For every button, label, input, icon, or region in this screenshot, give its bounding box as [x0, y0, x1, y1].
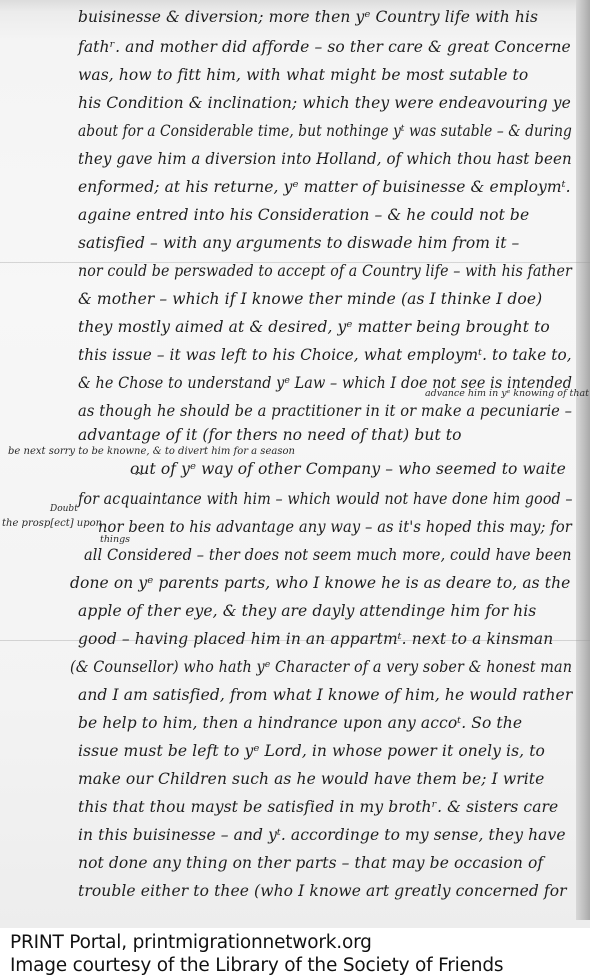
interlinear-insertion: advance him in yᵉ knowing of that: [425, 388, 589, 399]
caption-credit: Image courtesy of the Library of the Soc…: [10, 955, 503, 976]
letter-line-8: againe entred into his Consideration – &…: [78, 206, 529, 224]
letter-line-4: his Condition & inclination; which they …: [78, 94, 571, 112]
letter-line-11: & mother – which if I knowe ther minde (…: [78, 290, 542, 308]
letter-line-32: trouble either to thee (who I knowe art …: [78, 882, 567, 900]
interlinear-insertion: things: [100, 534, 130, 545]
letter-line-15: as though he should be a practitioner in…: [78, 402, 572, 420]
letter-line-31: not done any thing on ther parts – that …: [78, 854, 543, 872]
letter-line-6: they gave him a diversion into Holland, …: [78, 150, 572, 168]
margin-note: Doubt: [50, 504, 78, 514]
manuscript-page: buisinesse & diversion; more then yᵉ Cou…: [0, 0, 590, 928]
letter-line-2: fathʳ. and mother did afforde – so ther …: [78, 38, 571, 56]
letter-line-29: this that thou mayst be satisfied in my …: [78, 798, 558, 816]
letter-line-12: they mostly aimed at & desired, yᵉ matte…: [78, 318, 550, 336]
letter-line-30: in this buisinesse – and yᵗ. accordinge …: [78, 826, 566, 844]
letter-line-5: about for a Considerable time, but nothi…: [78, 122, 572, 140]
letter-line-21: done on yᵉ parents parts, who I knowe he…: [70, 574, 570, 592]
letter-line-17: out of yᵉ way of other Company – who see…: [130, 460, 566, 478]
letter-line-19: nor been to his advantage any way – as i…: [98, 518, 572, 536]
insertion-caret-icon: ^: [134, 470, 143, 483]
letter-line-9: satisfied – with any arguments to diswad…: [78, 234, 519, 252]
margin-note: the prosp[ect] upon: [2, 518, 102, 529]
page-edge-shadow: [576, 0, 590, 920]
letter-line-18: for acquaintance with him – which would …: [78, 490, 573, 508]
letter-line-26: be help to him, then a hindrance upon an…: [78, 714, 522, 732]
caption-source: PRINT Portal, printmigrationnetwork.org: [10, 932, 372, 953]
letter-line-13: this issue – it was left to his Choice, …: [78, 346, 572, 364]
letter-line-28: make our Children such as he would have …: [78, 770, 544, 788]
letter-line-16: advantage of it (for thers no need of th…: [78, 426, 462, 444]
letter-line-3: was, how to fitt him, with what might be…: [78, 66, 528, 84]
letter-line-27: issue must be left to yᵉ Lord, in whose …: [78, 742, 545, 760]
letter-line-10: nor could be perswaded to accept of a Co…: [78, 262, 572, 280]
letter-line-23: good – having placed him in an appartmᵗ.…: [78, 630, 553, 648]
letter-line-24: (& Counsellor) who hath yᵉ Character of …: [70, 658, 572, 676]
letter-line-25: and I am satisfied, from what I knowe of…: [78, 686, 572, 704]
letter-line-1: buisinesse & diversion; more then yᵉ Cou…: [78, 8, 538, 26]
margin-note: be next sorry to be knowne, & to divert …: [8, 446, 295, 457]
letter-line-7: enformed; at his returne, yᵉ matter of b…: [78, 178, 571, 196]
letter-line-22: apple of ther eye, & they are dayly atte…: [78, 602, 536, 620]
letter-line-20: all Considered – ther does not seem much…: [84, 546, 572, 564]
